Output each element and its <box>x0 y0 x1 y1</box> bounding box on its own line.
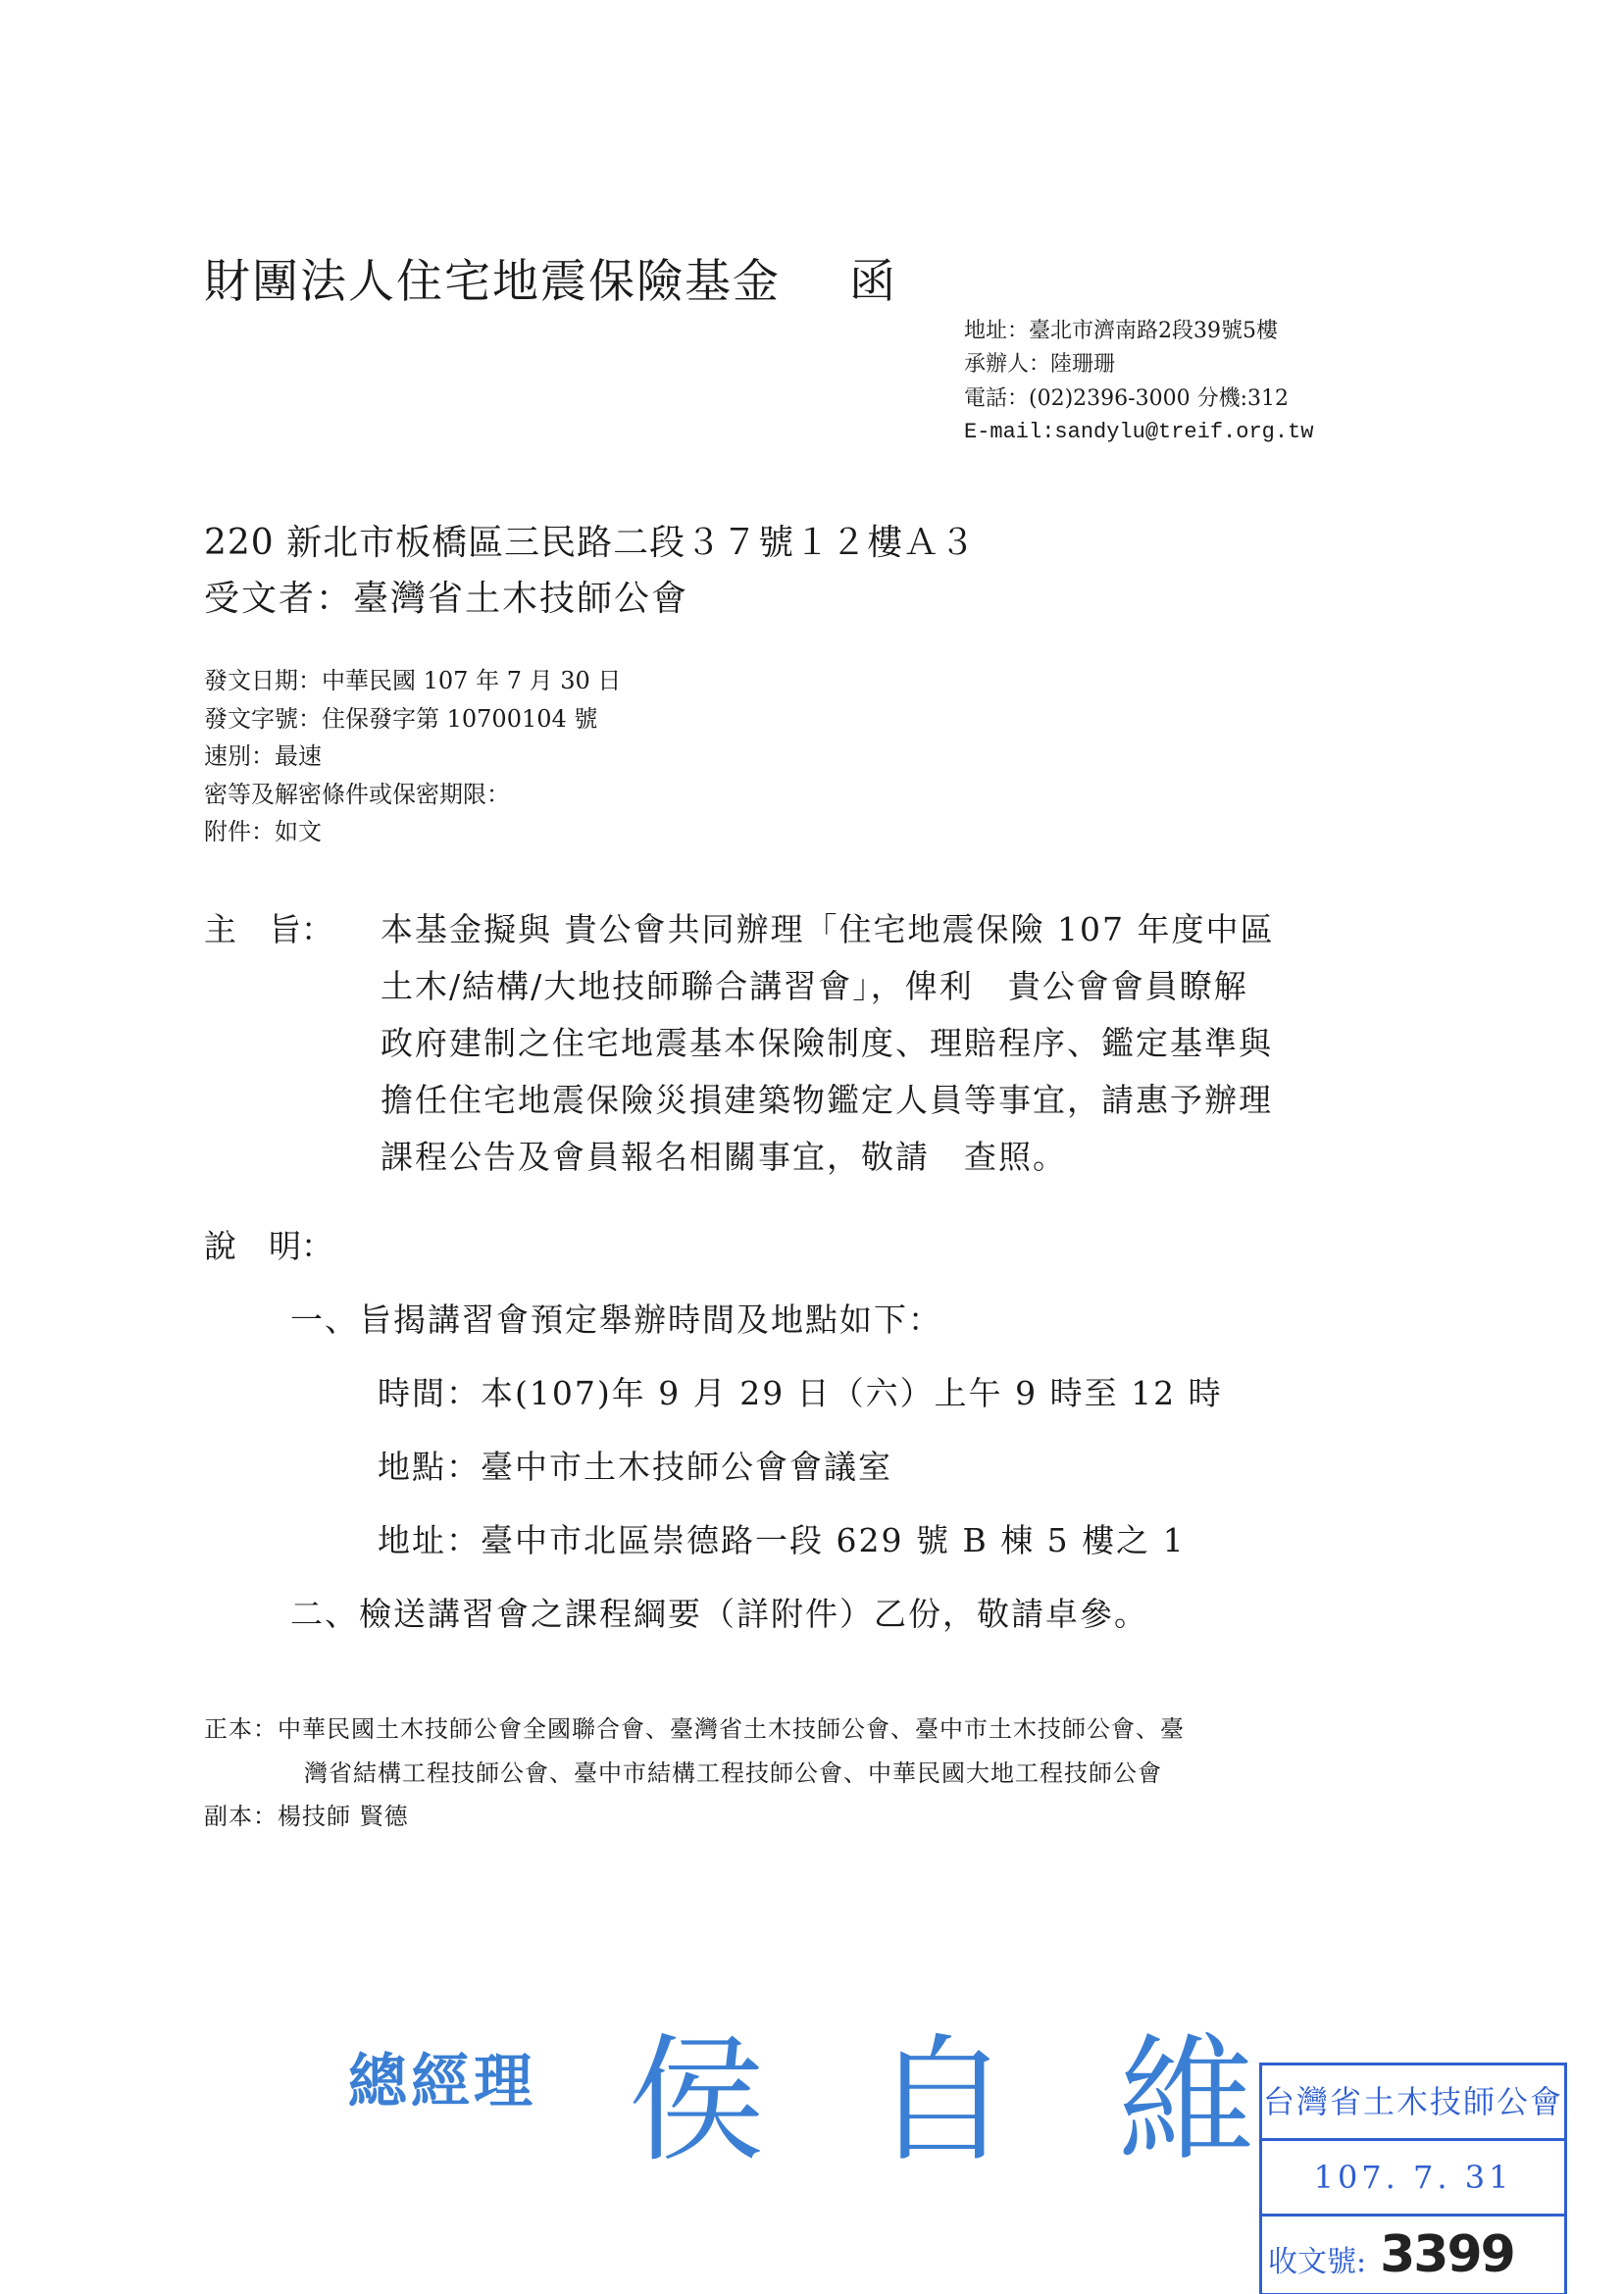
document-number: 發文字號：住保發字第 10700104 號 <box>204 707 597 731</box>
issue-date: 發文日期：中華民國 107 年 7 月 30 日 <box>204 669 621 692</box>
attachment: 附件：如文 <box>204 820 322 843</box>
stamp-receipt-label: 收文號: <box>1268 2245 1366 2279</box>
subject-line: 擔任住宅地震保險災損建築物鑑定人員等事宜，請惠予辦理 <box>381 1075 1273 1121</box>
description-item-1: 一、旨揭講習會預定舉辦時間及地點如下： <box>290 1295 942 1341</box>
document-type: 函 <box>849 255 897 309</box>
subject-line: 土木/結構/大地技師聯合講習會」，俾利 貴公會會員瞭解 <box>381 961 1248 1007</box>
org-name: 財團法人住宅地震保險基金 <box>204 255 781 309</box>
description-item-2: 二、檢送講習會之課程綱要（詳附件）乙份，敬請卓參。 <box>290 1589 1148 1635</box>
phone-number: 電話：(02)2396-3000 分機:312 <box>964 388 1289 410</box>
description-label: 說 明： <box>204 1221 333 1267</box>
stamp-date: 107. 7. 31 <box>1262 2141 1564 2217</box>
receipt-stamp: 台灣省土木技師公會 107. 7. 31 收文號:3399 <box>1259 2063 1567 2294</box>
classification: 密等及解密條件或保密期限： <box>204 783 510 806</box>
event-address: 地址：臺中市北區崇德路一段 629 號 B 棟 5 樓之 1 <box>378 1515 1186 1561</box>
receipt-number: 3399 <box>1380 2225 1514 2284</box>
signatory-name: 侯自維 <box>628 1991 1363 2188</box>
subject-line: 課程公告及會員報名相關事宜，敬請 查照。 <box>381 1132 1067 1178</box>
subject-line: 本基金擬與 貴公會共同辦理「住宅地震保險 107 年度中區 <box>381 904 1274 950</box>
event-venue: 地點：臺中市土木技師公會會議室 <box>378 1442 892 1488</box>
subject-label: 主 旨： <box>204 904 333 950</box>
recipient-name: 受文者：臺灣省土木技師公會 <box>204 571 688 621</box>
stamp-receipt-row: 收文號:3399 <box>1262 2217 1564 2293</box>
original-recipients: 正本：中華民國土木技師公會全國聯合會、臺灣省土木技師公會、臺中市土木技師公會、臺 <box>204 1709 1185 1744</box>
letterhead-title: 財團法人住宅地震保險基金函 <box>204 245 897 311</box>
event-time: 時間：本(107)年 9 月 29 日（六）上午 9 時至 12 時 <box>378 1368 1223 1414</box>
subject-line: 政府建制之住宅地震基本保險制度、理賠程序、鑑定基準與 <box>381 1018 1273 1064</box>
sender-address: 地址：臺北市濟南路2段39號5樓 <box>964 321 1278 342</box>
stamp-org: 台灣省土木技師公會 <box>1262 2065 1564 2141</box>
original-recipients-cont: 灣省結構工程技師公會、臺中市結構工程技師公會、中華民國大地工程技師公會 <box>304 1754 1162 1788</box>
urgency: 速別：最速 <box>204 744 322 768</box>
recipient-address: 220 新北市板橋區三民路二段３７號１２樓Ａ３ <box>204 515 976 565</box>
handler-name: 承辦人：陸珊珊 <box>964 354 1115 376</box>
copy-recipients: 副本：楊技師 賢德 <box>204 1797 409 1831</box>
signatory-title: 總經理 <box>348 2035 536 2119</box>
email-address: E-mail:sandylu@treif.org.tw <box>964 422 1313 443</box>
